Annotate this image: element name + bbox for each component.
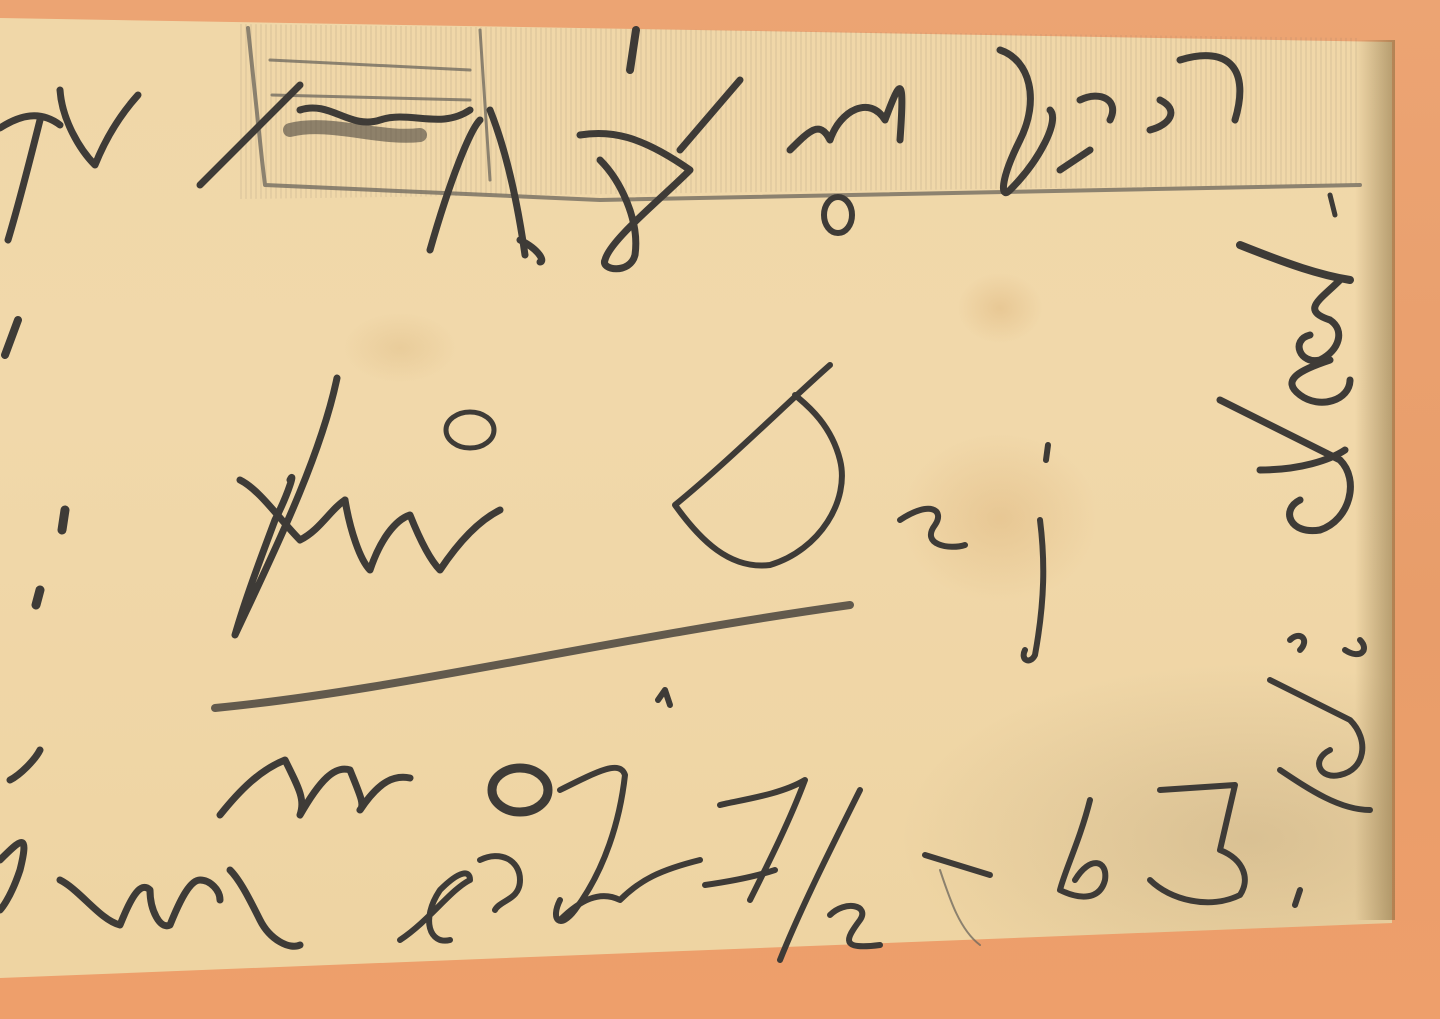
handwriting-strokes — [0, 0, 1440, 1019]
